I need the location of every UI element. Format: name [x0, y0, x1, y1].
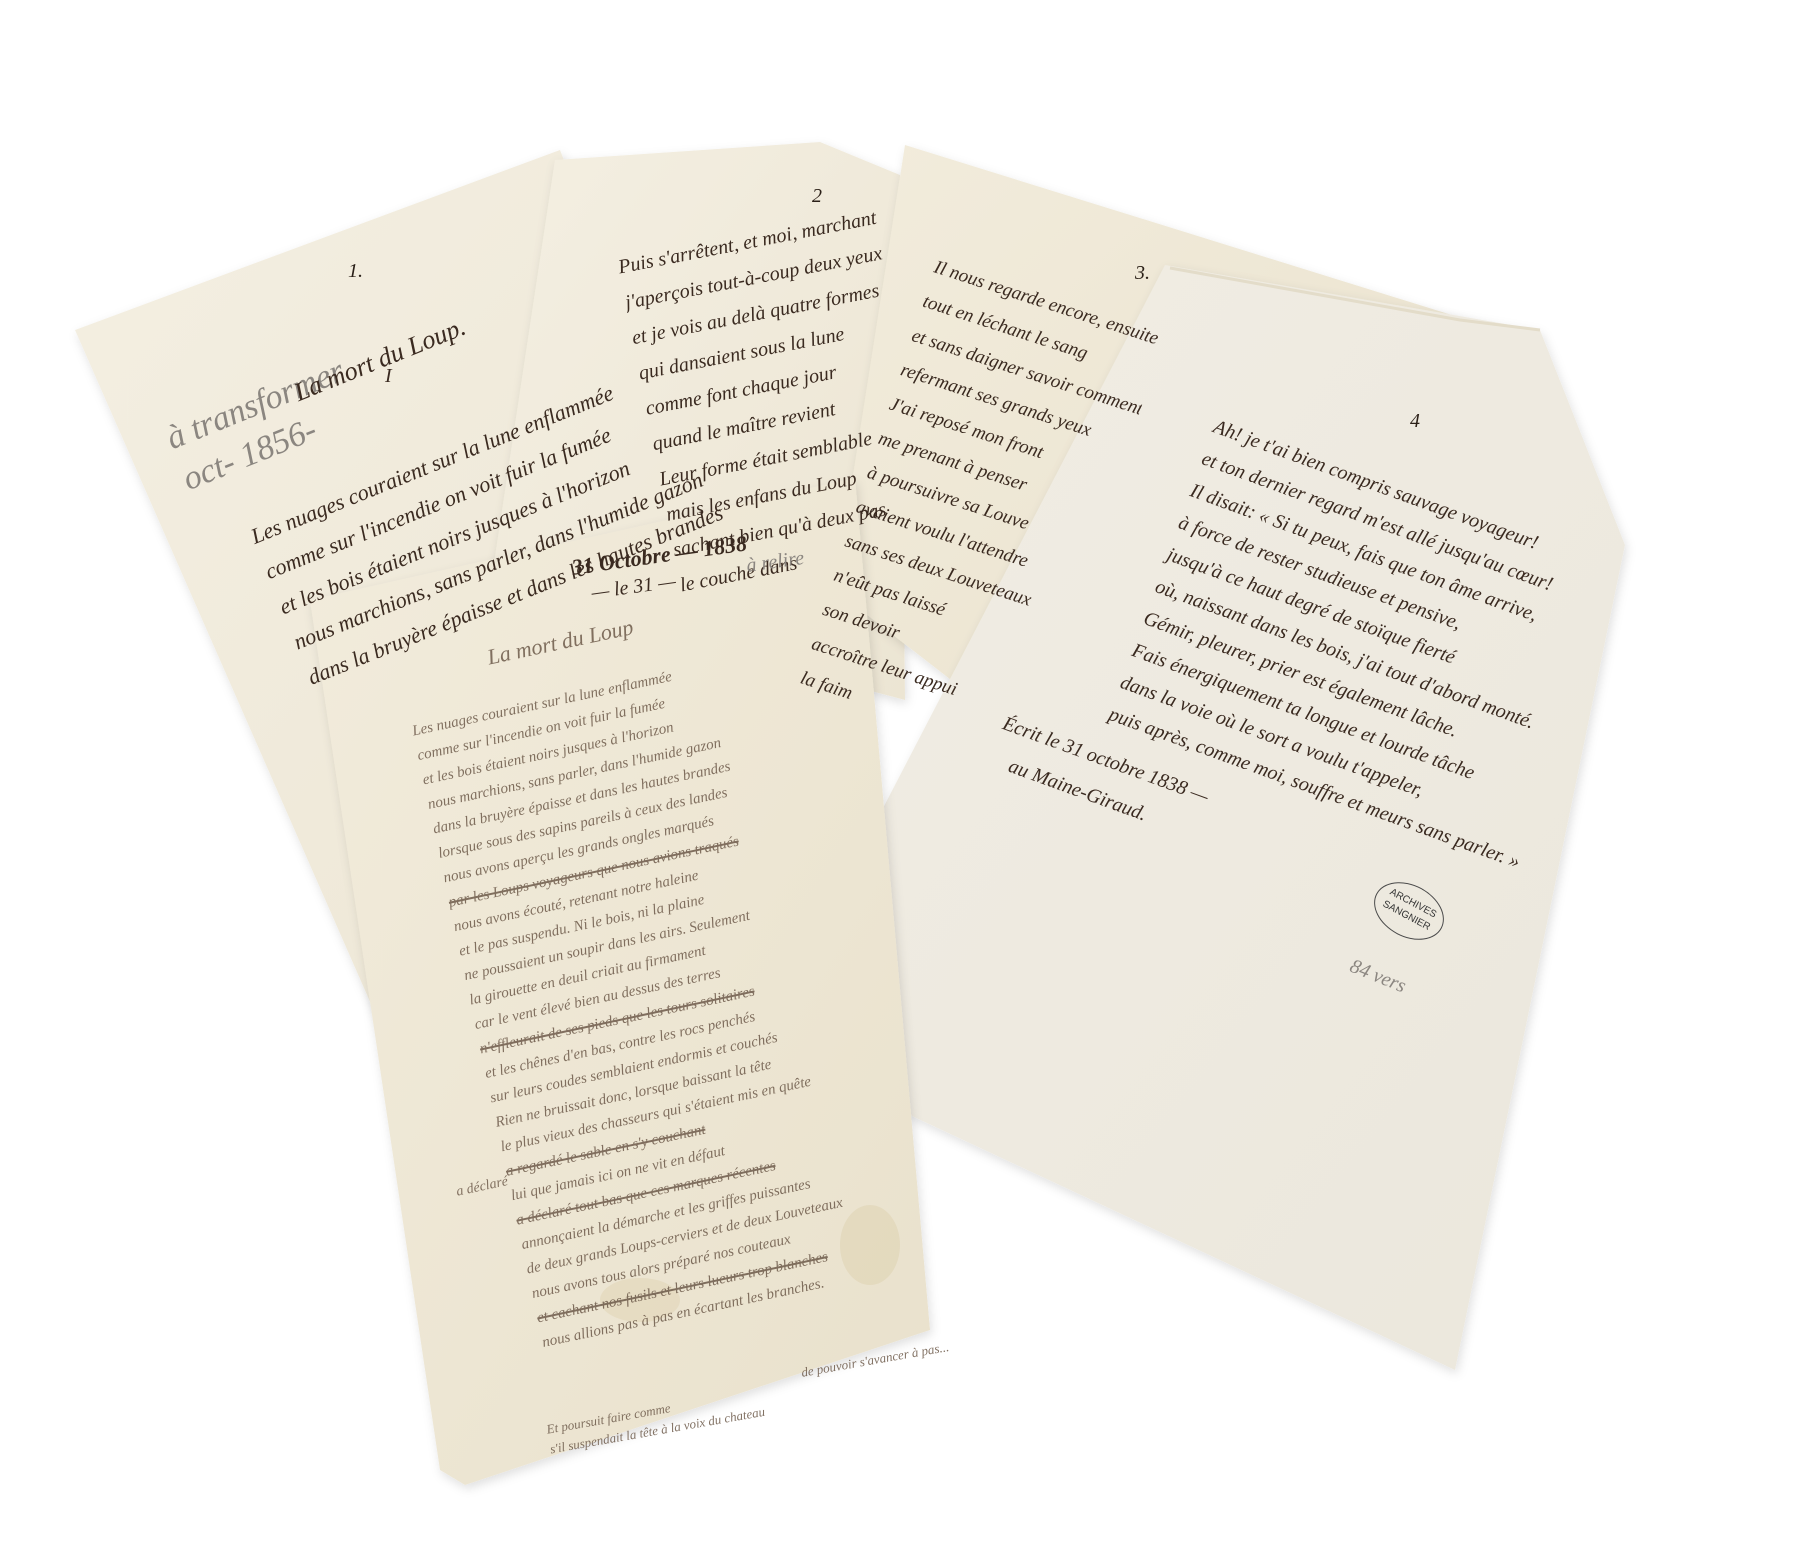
- sheet-4-page-number: 4: [1410, 410, 1420, 433]
- sheet-1-page-number: 1.: [348, 260, 363, 283]
- sheet-3-page-number: 3.: [1135, 262, 1150, 285]
- sheet-1-section: I: [385, 365, 392, 388]
- sheet-2-page-number: 2: [812, 185, 822, 208]
- manuscript-photo: à transformer oct- 1856- 1. La mort du L…: [0, 0, 1800, 1558]
